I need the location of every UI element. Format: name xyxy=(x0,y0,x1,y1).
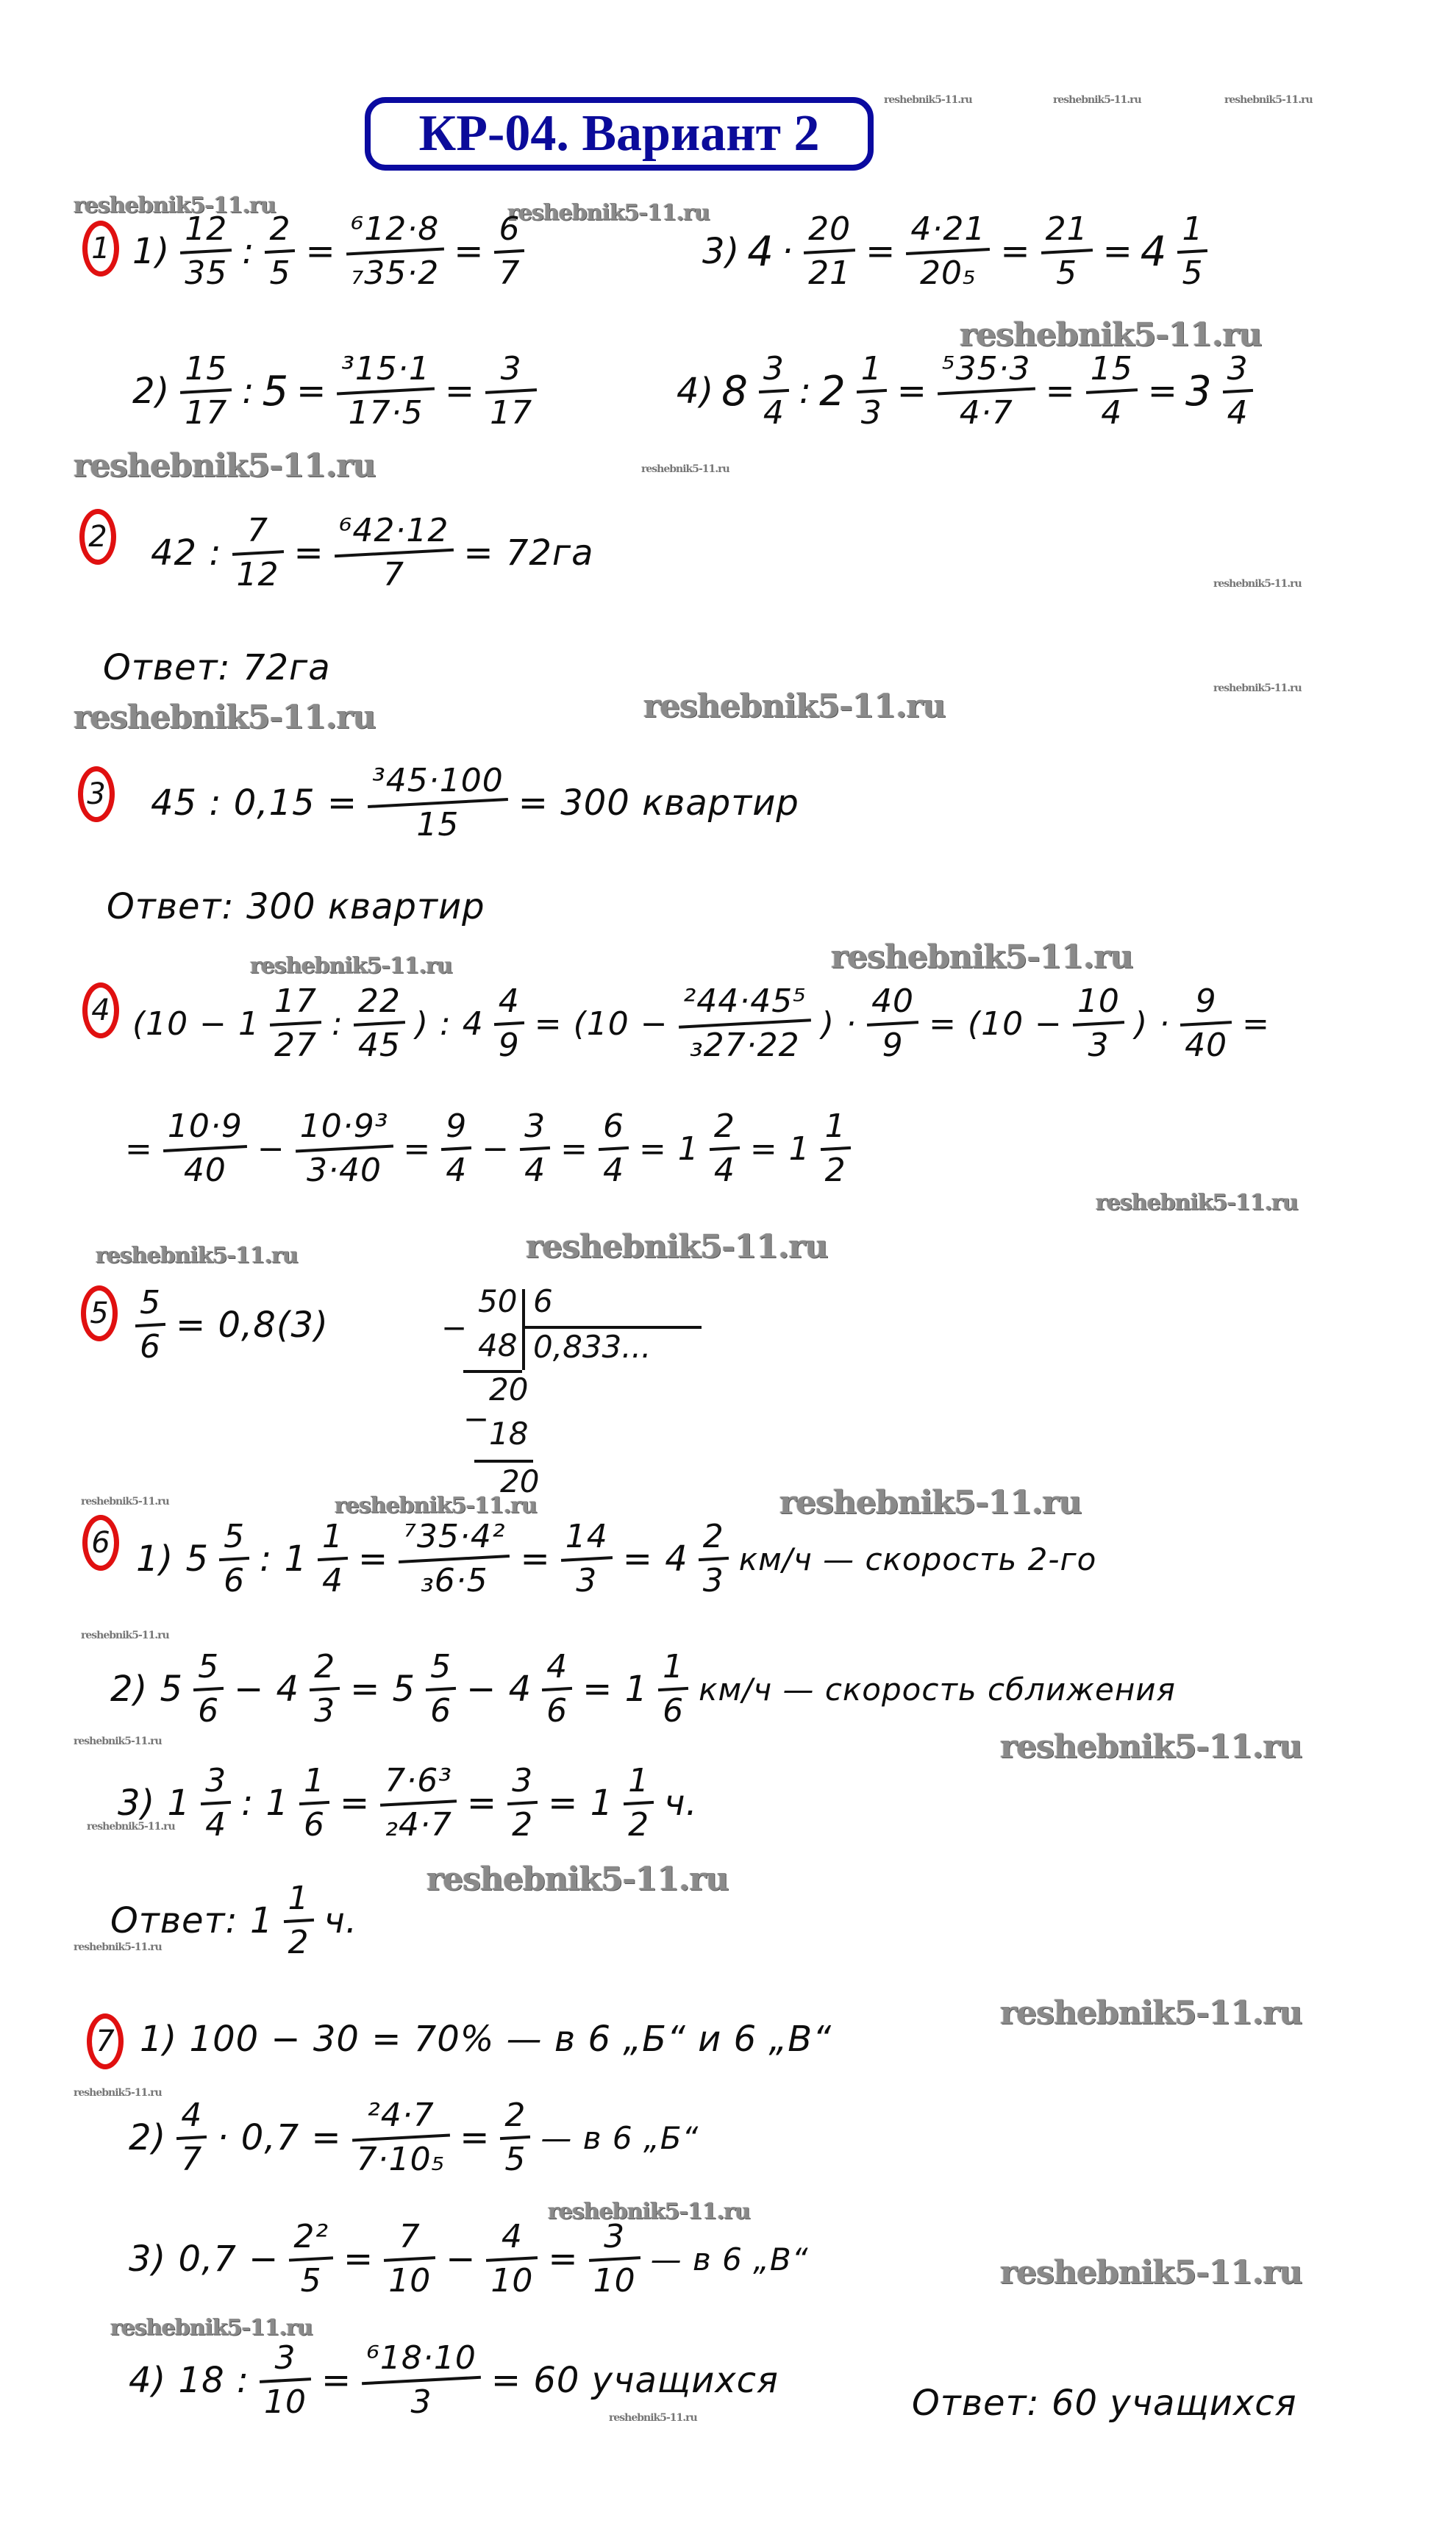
fraction: 56 xyxy=(135,1287,165,1363)
fraction: 23 xyxy=(310,1651,340,1727)
watermark: reshebnik5-11.ru xyxy=(81,1630,169,1641)
watermark: reshebnik5-11.ru xyxy=(643,688,946,725)
fraction: 32 xyxy=(507,1765,538,1841)
watermark: reshebnik5-11.ru xyxy=(81,1496,169,1508)
fraction: 64 xyxy=(599,1110,629,1187)
fraction: 103 xyxy=(1073,985,1124,1062)
task3-answer: Ответ: 300 квартир xyxy=(107,886,485,927)
fraction: 143 xyxy=(561,1521,613,1597)
fraction: 49 xyxy=(494,985,524,1062)
fraction: ⁶18·103 xyxy=(362,2342,481,2419)
task-number-6: 6 xyxy=(82,1515,119,1571)
watermark: reshebnik5-11.ru xyxy=(1213,682,1302,694)
task4-line1: (10 − 1 1727 : 2245 ) : 4 49 = (10 − ²44… xyxy=(132,985,1270,1062)
fraction: 56 xyxy=(426,1651,456,1727)
watermark: reshebnik5-11.ru xyxy=(1000,1728,1302,1766)
fraction: ³15·117·5 xyxy=(337,353,435,429)
fraction: 56 xyxy=(219,1521,249,1597)
fraction: 1235 xyxy=(180,213,232,290)
watermark: reshebnik5-11.ru xyxy=(1000,2254,1302,2291)
task1-part3: 3) 4 · 2021 = 4·2120₅ = 215 = 4 15 xyxy=(702,213,1210,290)
fraction: 409 xyxy=(867,985,918,1062)
task1-part4: 4) 8 34 : 2 13 = ⁵35·34·7 = 154 = 3 34 xyxy=(677,353,1256,429)
part-label: 1) xyxy=(132,231,170,272)
fraction: 46 xyxy=(542,1651,572,1727)
task7-part4: 4) 18 : 310 = ⁶18·103 = 60 учащихся xyxy=(129,2342,779,2419)
fraction: 215 xyxy=(1041,213,1093,290)
fraction: 10·9³3·40 xyxy=(296,1110,393,1187)
fraction: 940 xyxy=(1180,985,1232,1062)
fraction: 317 xyxy=(485,353,537,429)
page-title: КР-04. Вариант 2 xyxy=(419,104,820,163)
fraction: 67 xyxy=(494,213,524,290)
watermark: reshebnik5-11.ru xyxy=(1096,1190,1298,1216)
task3-expression: 45 : 0,15 = ³45·10015 = 300 квартир xyxy=(151,765,799,841)
fraction: 1727 xyxy=(270,985,321,1062)
fraction: 310 xyxy=(589,2221,640,2297)
task-number-7: 7 xyxy=(87,2013,124,2069)
part-label: 3) xyxy=(702,231,740,272)
fraction: 154 xyxy=(1086,353,1138,429)
task1-part2: 2) 1517 : 5 = ³15·117·5 = 317 xyxy=(132,353,540,429)
fraction: 16 xyxy=(299,1765,329,1841)
task2-answer: Ответ: 72га xyxy=(103,647,331,688)
watermark: reshebnik5-11.ru xyxy=(526,1228,828,1266)
fraction: 12 xyxy=(284,1883,314,1959)
fraction: ²4·77·10₅ xyxy=(352,2100,450,2176)
fraction: 2245 xyxy=(354,985,405,1062)
task6-part1: 1) 5 56 : 1 14 = ⁷35·4²₃6·5 = 143 = 4 23… xyxy=(136,1521,1096,1597)
watermark: reshebnik5-11.ru xyxy=(427,1861,729,1898)
fraction: 712 xyxy=(232,515,284,591)
task-number-1: 1 xyxy=(82,221,119,277)
watermark: reshebnik5-11.ru xyxy=(74,447,376,485)
task5-expression: 56 = 0,8(3) xyxy=(132,1287,329,1363)
task6-part2: 2) 5 56 − 4 23 = 5 56 − 4 46 = 1 16 км/ч… xyxy=(110,1651,1176,1727)
task-number-3: 3 xyxy=(78,766,115,822)
fraction: 310 xyxy=(260,2342,311,2419)
fraction: 25 xyxy=(265,213,295,290)
fraction: 34 xyxy=(1223,353,1253,429)
fraction: 16 xyxy=(658,1651,688,1727)
watermark: reshebnik5-11.ru xyxy=(779,1484,1082,1521)
watermark: reshebnik5-11.ru xyxy=(110,2315,313,2341)
fraction: 34 xyxy=(201,1765,231,1841)
fraction: 4·2120₅ xyxy=(906,213,990,290)
task4-line2: = 10·940 − 10·9³3·40 = 94 − 34 = 64 = 1 … xyxy=(125,1110,854,1187)
watermark: reshebnik5-11.ru xyxy=(507,200,710,226)
fraction: 47 xyxy=(176,2100,207,2176)
fraction: 13 xyxy=(857,353,887,429)
fraction: 12 xyxy=(821,1110,851,1187)
fraction: ⁵35·34·7 xyxy=(938,353,1035,429)
fraction: 24 xyxy=(710,1110,740,1187)
title-banner: КР-04. Вариант 2 xyxy=(365,97,874,171)
fraction: 34 xyxy=(759,353,789,429)
fraction: 710 xyxy=(384,2221,435,2297)
fraction: 1517 xyxy=(180,353,232,429)
task6-part3: 3) 1 34 : 1 16 = 7·6³₂4·7 = 32 = 1 12 ч. xyxy=(118,1765,698,1841)
fraction: 410 xyxy=(486,2221,538,2297)
fraction: 2²5 xyxy=(289,2221,333,2297)
task6-answer: Ответ: 1 12 ч. xyxy=(110,1883,357,1959)
task7-part1: 1) 100 − 30 = 70% — в 6 „Б“ и 6 „В“ xyxy=(140,2019,832,2060)
watermark: reshebnik5-11.ru xyxy=(831,938,1133,976)
fraction: 10·940 xyxy=(163,1110,247,1187)
fraction: 34 xyxy=(520,1110,550,1187)
task7-part2: 2) 47 · 0,7 = ²4·77·10₅ = 25 — в 6 „Б“ xyxy=(129,2100,699,2176)
watermark: reshebnik5-11.ru xyxy=(250,953,452,979)
part-label: 2) xyxy=(132,371,170,412)
fraction: 94 xyxy=(441,1110,471,1187)
fraction: ²44·45⁵₃27·22 xyxy=(679,985,811,1062)
task-number-2: 2 xyxy=(79,509,116,565)
task1-part1: 1) 1235 : 25 = ⁶12·8₇35·2 = 67 xyxy=(132,213,527,290)
watermark: reshebnik5-11.ru xyxy=(1053,94,1141,106)
watermark: reshebnik5-11.ru xyxy=(1224,94,1313,106)
fraction: ⁶12·8₇35·2 xyxy=(346,213,444,290)
fraction: 23 xyxy=(699,1521,729,1597)
task7-part3: 3) 0,7 − 2²5 = 710 − 410 = 310 — в 6 „В“ xyxy=(129,2221,809,2297)
task2-expression: 42 : 712 = ⁶42·127 = 72га xyxy=(151,515,594,591)
fraction: 2021 xyxy=(804,213,855,290)
task7-answer: Ответ: 60 учащихся xyxy=(912,2383,1297,2424)
part-label: 4) xyxy=(677,371,714,412)
watermark: reshebnik5-11.ru xyxy=(1000,1994,1302,2032)
fraction: 56 xyxy=(193,1651,224,1727)
watermark: reshebnik5-11.ru xyxy=(74,1735,162,1747)
watermark: reshebnik5-11.ru xyxy=(960,316,1262,354)
watermark: reshebnik5-11.ru xyxy=(1213,578,1302,590)
watermark: reshebnik5-11.ru xyxy=(74,699,376,736)
watermark: reshebnik5-11.ru xyxy=(884,94,972,106)
fraction: 25 xyxy=(500,2100,530,2176)
fraction: ⁶42·127 xyxy=(335,515,454,591)
fraction: 7·6³₂4·7 xyxy=(380,1765,457,1841)
watermark: reshebnik5-11.ru xyxy=(74,2087,162,2099)
fraction: 15 xyxy=(1177,213,1207,290)
task-number-4: 4 xyxy=(82,982,119,1038)
watermark: reshebnik5-11.ru xyxy=(96,1243,298,1269)
fraction: ⁷35·4²₃6·5 xyxy=(399,1521,510,1597)
fraction: 12 xyxy=(624,1765,654,1841)
task-number-5: 5 xyxy=(81,1285,118,1341)
watermark: reshebnik5-11.ru xyxy=(641,463,729,475)
fraction: 14 xyxy=(318,1521,348,1597)
fraction: ³45·10015 xyxy=(368,765,508,841)
